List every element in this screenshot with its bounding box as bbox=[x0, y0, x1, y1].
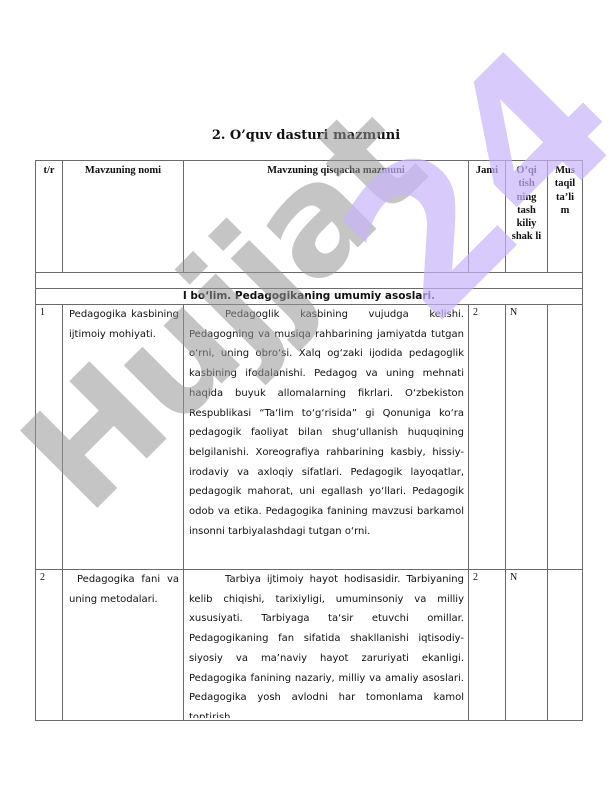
row-content-text: Tarbiya ijtimoiy hayot hodisasidir. Tarb… bbox=[189, 574, 464, 718]
row-teaching-form: N bbox=[506, 305, 548, 570]
table-row: 2 Pedagogika fani va uning metodalari. T… bbox=[36, 570, 583, 721]
row-topic: Pedagogika fani va uning metodalari. bbox=[63, 570, 184, 721]
section-row: I bo‘lim. Pedagogikaning umumiy asoslari… bbox=[36, 289, 583, 305]
row-total: 2 bbox=[469, 305, 506, 570]
row-number: 2 bbox=[36, 570, 63, 721]
row-independent-study bbox=[548, 570, 583, 721]
header-total: Jami bbox=[469, 161, 506, 273]
header-number: t/r bbox=[36, 161, 63, 273]
table-row: 1 Pedagogika kasbining ijtimoiy mohiyati… bbox=[36, 305, 583, 570]
row-content-text: Pedagoglik kasbining vujudga kelishi. Pe… bbox=[189, 309, 464, 537]
section-title: I bo‘lim. Pedagogikaning umumiy asoslari… bbox=[36, 289, 583, 305]
empty-cell bbox=[36, 273, 583, 289]
header-teaching-form: O’qi tish ning tash kiliy shak li bbox=[506, 161, 548, 273]
curriculum-table: t/r Mavzuning nomi Mavzuning qisqacha ma… bbox=[35, 160, 583, 721]
row-content: Tarbiya ijtimoiy hayot hodisasidir. Tarb… bbox=[184, 570, 469, 721]
row-total: 2 bbox=[469, 570, 506, 721]
empty-row bbox=[36, 273, 583, 289]
row-topic-text: Pedagogika fani va uning metodalari. bbox=[69, 574, 179, 605]
header-topic-name: Mavzuning nomi bbox=[63, 161, 184, 273]
row-independent-study bbox=[548, 305, 583, 570]
header-topic-summary: Mavzuning qisqacha mazmuni bbox=[184, 161, 469, 273]
row-content: Pedagoglik kasbining vujudga kelishi. Pe… bbox=[184, 305, 469, 570]
row-topic: Pedagogika kasbining ijtimoiy mohiyati. bbox=[63, 305, 184, 570]
header-row: t/r Mavzuning nomi Mavzuning qisqacha ma… bbox=[36, 161, 583, 273]
row-number: 1 bbox=[36, 305, 63, 570]
page-title: 2. O’quv dasturi mazmuni bbox=[0, 128, 612, 143]
header-independent-study: Mus taqil ta’li m bbox=[548, 161, 583, 273]
row-teaching-form: N bbox=[506, 570, 548, 721]
